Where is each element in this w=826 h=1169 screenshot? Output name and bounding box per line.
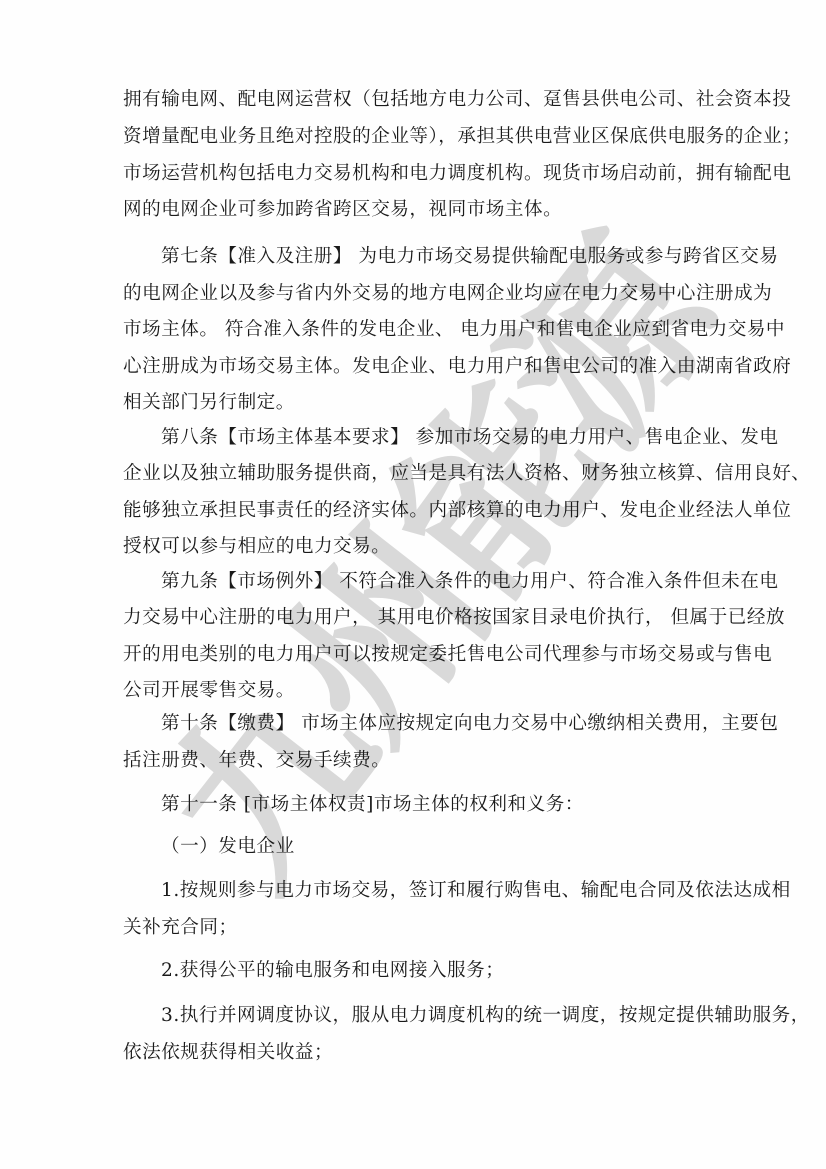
paragraph-first-line: 第九条【市场例外】 不符合准入条件的电力用户、符合准入条件但未在电 [161, 569, 778, 595]
paragraph-first-line: 第八条【市场主体基本要求】 参加市场交易的电力用户、售电企业、发电 [161, 425, 778, 451]
paragraph-line: 市场主体。 符合准入条件的发电企业、 电力用户和售电企业应到省电力交易中 [123, 317, 785, 343]
paragraph-first-line: 1.按规则参与电力市场交易，签订和履行购售电、输配电合同及依法达成相 [161, 878, 791, 904]
paragraph-line: 括注册费、年费、交易手续费。 [123, 748, 390, 774]
paragraph-line: 网的电网企业可参加跨省跨区交易，视同市场主体。 [123, 197, 562, 223]
paragraph-first-line: 3.执行并网调度协议，服从电力调度机构的统一调度，按规定提供辅助服务， [161, 1003, 810, 1029]
paragraph-line: 能够独立承担民事责任的经济实体。内部核算的电力用户、发电企业经法人单位 [123, 498, 791, 524]
paragraph-first-line: 第七条【准入及注册】 为电力市场交易提供输配电服务或参与跨省区交易 [161, 244, 778, 270]
document-page: 九州能源 拥有输电网、配电网运营权（包括地方电力公司、趸售县供电公司、社会资本投… [0, 0, 826, 1169]
paragraph-line: 资增量配电业务且绝对控股的企业等），承担其供电营业区保底供电服务的企业； [123, 124, 801, 150]
paragraph-first-line: 第十一条 [市场主体权责]市场主体的权利和义务： [161, 792, 584, 818]
paragraph-line: 关补充合同； [123, 915, 238, 941]
paragraph-first-line: 2.获得公平的输电服务和电网接入服务； [161, 958, 504, 984]
paragraph-line: 依法依规获得相关收益； [123, 1040, 333, 1066]
paragraph-line: 授权可以参与相应的电力交易。 [123, 534, 390, 560]
paragraph-line: 开的用电类别的电力用户可以按规定委托售电公司代理参与市场交易或与售电 [123, 642, 772, 668]
paragraph-first-line: 第十条【缴费】 市场主体应按规定向电力交易中心缴纳相关费用，主要包 [161, 711, 778, 737]
paragraph-line: 心注册成为市场交易主体。发电企业、电力用户和售电公司的准入由湖南省政府 [123, 354, 791, 380]
paragraph-line: 市场运营机构包括电力交易机构和电力调度机构。现货市场启动前，拥有输配电 [123, 161, 791, 187]
paragraph-line: 拥有输电网、配电网运营权（包括地方电力公司、趸售县供电公司、社会资本投 [123, 87, 791, 113]
paragraph-line: 的电网企业以及参与省内外交易的地方电网企业均应在电力交易中心注册成为 [123, 281, 772, 307]
paragraph-line: 公司开展零售交易。 [123, 678, 295, 704]
paragraph-first-line: （一）发电企业 [161, 834, 295, 860]
paragraph-line: 相关部门另行制定。 [123, 390, 295, 416]
paragraph-line: 企业以及独立辅助服务提供商，应当是具有法人资格、财务独立核算、信用良好、 [123, 461, 810, 487]
paragraph-line: 力交易中心注册的电力用户， 其用电价格按国家目录电价执行， 但属于已经放 [123, 605, 785, 631]
